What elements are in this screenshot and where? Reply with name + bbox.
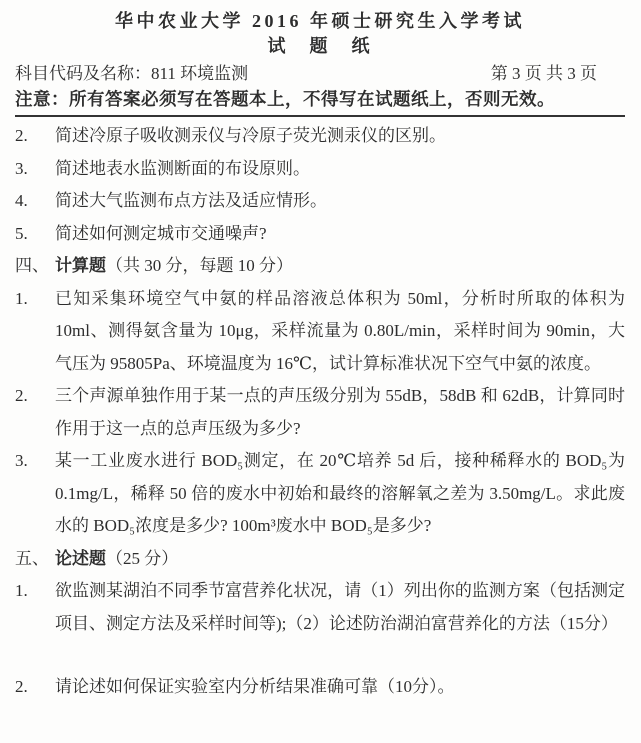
section-title: 计算题 (55, 256, 106, 275)
section-title-wrap: 论述题（25 分） (55, 543, 178, 576)
exam-title: 华中农业大学 2016 年硕士研究生入学考试 (15, 8, 625, 34)
question-number: 2. (15, 671, 55, 704)
question-text: 简述如何测定城市交通噪声? (55, 218, 625, 251)
short-answer-question: 2. 简述冷原子吸收测汞仪与冷原子荧光测汞仪的区别。 (15, 120, 625, 153)
section-score-note: （25 分） (106, 549, 178, 568)
question-text: 简述地表水监测断面的布设原则。 (55, 153, 625, 186)
question-number: 3. (15, 153, 55, 186)
calculation-question: 2. 三个声源单独作用于某一点的声压级分别为 55dB，58dB 和 62dB，… (15, 380, 625, 445)
section-number: 五、 (15, 543, 55, 576)
section-score-note: （共 30 分，每题 10 分） (106, 256, 293, 275)
question-number: 3. (15, 445, 55, 543)
notice-line: 注意：所有答案必须写在答题本上，不得写在试题纸上，否则无效。 (15, 87, 625, 117)
section-heading-calculation: 四、 计算题（共 30 分，每题 10 分） (15, 250, 625, 283)
question-text: 已知采集环境空气中氨的样品溶液总体积为 50ml，分析时所取的体积为 10ml、… (55, 283, 625, 381)
paper-type-title: 试 题 纸 (15, 34, 625, 59)
questions-block: 2. 简述冷原子吸收测汞仪与冷原子荧光测汞仪的区别。 3. 简述地表水监测断面的… (15, 120, 625, 704)
short-answer-question: 4. 简述大气监测布点方法及适应情形。 (15, 185, 625, 218)
question-text: 简述冷原子吸收测汞仪与冷原子荧光测汞仪的区别。 (55, 120, 625, 153)
question-text: 简述大气监测布点方法及适应情形。 (55, 185, 625, 218)
section-number: 四、 (15, 250, 55, 283)
page-number-info: 第 3 页 共 3 页 (491, 60, 597, 87)
question-text: 欲监测某湖泊不同季节富营养化状况，请（1）列出你的监测方案（包括测定项目、测定方… (55, 575, 625, 640)
essay-question: 2. 请论述如何保证实验室内分析结果准确可靠（10分）。 (15, 671, 625, 704)
question-text: 三个声源单独作用于某一点的声压级分别为 55dB，58dB 和 62dB，计算同… (55, 380, 625, 445)
question-number: 4. (15, 185, 55, 218)
short-answer-question: 5. 简述如何测定城市交通噪声? (15, 218, 625, 251)
essay-question: 1. 欲监测某湖泊不同季节富营养化状况，请（1）列出你的监测方案（包括测定项目、… (15, 575, 625, 640)
question-number: 2. (15, 380, 55, 445)
subject-code-name: 科目代码及名称：811 环境监测 (15, 60, 248, 87)
meta-row: 科目代码及名称：811 环境监测 第 3 页 共 3 页 (15, 60, 625, 87)
section-heading-essay: 五、 论述题（25 分） (15, 543, 625, 576)
question-text: 请论述如何保证实验室内分析结果准确可靠（10分）。 (55, 671, 625, 704)
section-title: 论述题 (55, 549, 106, 568)
question-number: 1. (15, 283, 55, 381)
question-number: 5. (15, 218, 55, 251)
short-answer-question: 3. 简述地表水监测断面的布设原则。 (15, 153, 625, 186)
calculation-question: 3. 某一工业废水进行 BOD₅测定，在 20℃培养 5d 后，接种稀释水的 B… (15, 445, 625, 543)
question-number: 1. (15, 575, 55, 640)
calculation-question: 1. 已知采集环境空气中氨的样品溶液总体积为 50ml，分析时所取的体积为 10… (15, 283, 625, 381)
question-number: 2. (15, 120, 55, 153)
question-text: 某一工业废水进行 BOD₅测定，在 20℃培养 5d 后，接种稀释水的 BOD₅… (55, 445, 625, 543)
section-title-wrap: 计算题（共 30 分，每题 10 分） (55, 250, 293, 283)
exam-paper-page: 华中农业大学 2016 年硕士研究生入学考试 试 题 纸 科目代码及名称：811… (0, 0, 641, 743)
